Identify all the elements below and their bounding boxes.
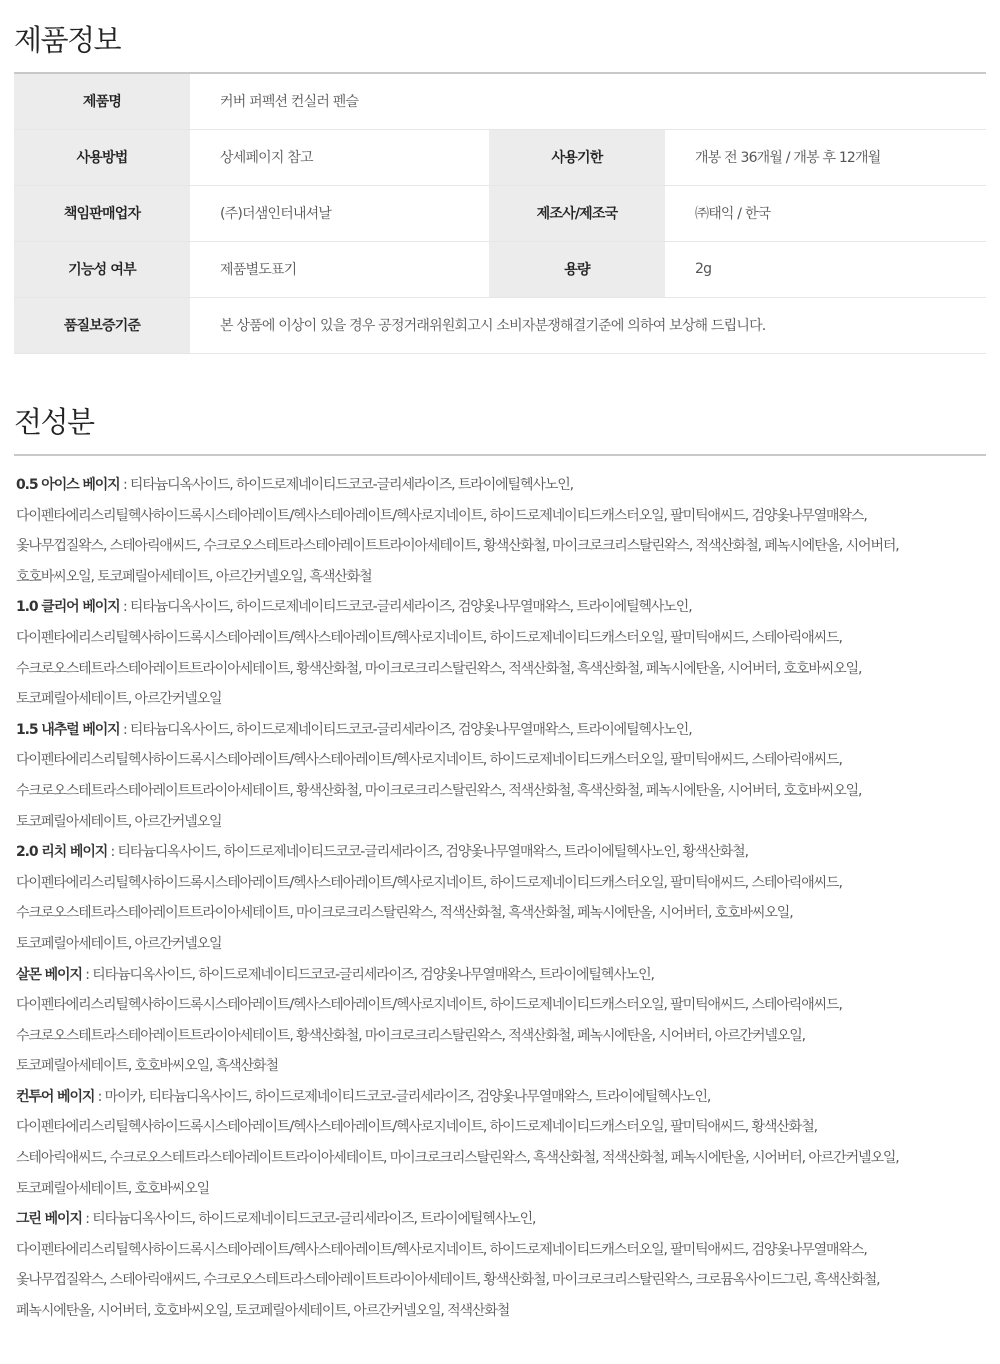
ingredient-line: 수크로오스테트라스테아레이트트라이아세테이트, 황색산화철, 마이크로크리스탈린… xyxy=(16,776,991,807)
info-label: 제품명 xyxy=(14,73,190,129)
ingredient-line: 다이펜타에리스리틸헥사하이드록시스테아레이트/헥사스테아레이트/헥사로지네이트,… xyxy=(16,623,991,654)
shade-name: 그린 베이지 xyxy=(16,1211,82,1227)
ingredient-line: 토코페릴아세테이트, 호호바씨오일 xyxy=(16,1174,991,1205)
ingredient-text: : 티타늄디옥사이드, 하이드로제네이티드코코-글리세라이즈, 검양옻나무열매왁… xyxy=(120,722,692,738)
info-row-seller: 책임판매업자 (주)더샘인터내셔날 제조사/제조국 ㈜태익 / 한국 xyxy=(14,185,986,241)
info-value: 커버 퍼펙션 컨실러 펜슬 xyxy=(190,73,986,129)
ingredient-text: : 티타늄디옥사이드, 하이드로제네이티드코코-글리세라이즈, 검양옻나무열매왁… xyxy=(82,967,654,983)
ingredient-line: 토코페릴아세테이트, 아르간커넬오일 xyxy=(16,684,991,715)
ingredient-line: 옻나무껍질왁스, 스테아릭애씨드, 수크로오스테트라스테아레이트트라이아세테이트… xyxy=(16,1265,991,1296)
ingredient-line: 토코페릴아세테이트, 아르간커넬오일 xyxy=(16,807,991,838)
info-label: 사용기한 xyxy=(489,129,665,185)
info-value: 본 상품에 이상이 있을 경우 공정거래위원회고시 소비자분쟁해결기준에 의하여… xyxy=(190,297,986,353)
info-label: 사용방법 xyxy=(14,129,190,185)
ingredient-line: 2.0 리치 베이지 : 티타늄디옥사이드, 하이드로제네이티드코코-글리세라이… xyxy=(16,837,991,868)
info-row-quality: 품질보증기준 본 상품에 이상이 있을 경우 공정거래위원회고시 소비자분쟁해결… xyxy=(14,297,986,353)
ingredient-line: 수크로오스테트라스테아레이트트라이아세테이트, 황색산화철, 마이크로크리스탈린… xyxy=(16,654,991,685)
ingredient-line: 다이펜타에리스리틸헥사하이드록시스테아레이트/헥사스테아레이트/헥사로지네이트,… xyxy=(16,501,991,532)
product-info-table: 제품명 커버 퍼펙션 컨실러 펜슬 사용방법 상세페이지 참고 사용기한 개봉 … xyxy=(14,72,986,354)
ingredient-text: : 티타늄디옥사이드, 하이드로제네이티드코코-글리세라이즈, 트라이에틸헥사노… xyxy=(120,477,573,493)
ingredient-text: : 티타늄디옥사이드, 하이드로제네이티드코코-글리세라이즈, 트라이에틸헥사노… xyxy=(82,1211,535,1227)
ingredient-line: 1.0 클리어 베이지 : 티타늄디옥사이드, 하이드로제네이티드코코-글리세라… xyxy=(16,592,991,623)
shade-name: 1.0 클리어 베이지 xyxy=(16,599,120,615)
ingredient-line: 다이펜타에리스리틸헥사하이드록시스테아레이트/헥사스테아레이트/헥사로지네이트,… xyxy=(16,990,991,1021)
shade-name: 2.0 리치 베이지 xyxy=(16,844,107,860)
info-value: 개봉 전 36개월 / 개봉 후 12개월 xyxy=(665,129,986,185)
ingredient-line: 살몬 베이지 : 티타늄디옥사이드, 하이드로제네이티드코코-글리세라이즈, 검… xyxy=(16,960,991,991)
shade-name: 0.5 아이스 베이지 xyxy=(16,477,120,493)
ingredient-line: 스테아릭애씨드, 수크로오스테트라스테아레이트트라이아세테이트, 마이크로크리스… xyxy=(16,1143,991,1174)
ingredients-list: 0.5 아이스 베이지 : 티타늄디옥사이드, 하이드로제네이티드코코-글리세라… xyxy=(16,470,991,1327)
ingredients-title: 전성분 xyxy=(14,400,94,441)
ingredient-text: : 티타늄디옥사이드, 하이드로제네이티드코코-글리세라이즈, 검양옻나무열매왁… xyxy=(107,844,748,860)
ingredient-line: 1.5 내추럴 베이지 : 티타늄디옥사이드, 하이드로제네이티드코코-글리세라… xyxy=(16,715,991,746)
info-value: 상세페이지 참고 xyxy=(190,129,489,185)
ingredient-line: 페녹시에탄올, 시어버터, 호호바씨오일, 토코페릴아세테이트, 아르간커넬오일… xyxy=(16,1296,991,1327)
ingredient-line: 수크로오스테트라스테아레이트트라이아세테이트, 마이크로크리스탈린왁스, 적색산… xyxy=(16,898,991,929)
ingredient-line: 옻나무껍질왁스, 스테아릭애씨드, 수크로오스테트라스테아레이트트라이아세테이트… xyxy=(16,531,991,562)
shade-name: 살몬 베이지 xyxy=(16,967,82,983)
shade-name: 1.5 내추럴 베이지 xyxy=(16,722,120,738)
info-label: 제조사/제조국 xyxy=(489,185,665,241)
info-value: 제품별도표기 xyxy=(190,241,489,297)
product-info-title: 제품정보 xyxy=(14,18,120,59)
ingredient-line: 컨투어 베이지 : 마이카, 티타늄디옥사이드, 하이드로제네이티드코코-글리세… xyxy=(16,1082,991,1113)
ingredient-line: 다이펜타에리스리틸헥사하이드록시스테아레이트/헥사스테아레이트/헥사로지네이트,… xyxy=(16,1235,991,1266)
info-label: 책임판매업자 xyxy=(14,185,190,241)
ingredient-text: : 티타늄디옥사이드, 하이드로제네이티드코코-글리세라이즈, 검양옻나무열매왁… xyxy=(120,599,692,615)
ingredient-line: 다이펜타에리스리틸헥사하이드록시스테아레이트/헥사스테아레이트/헥사로지네이트,… xyxy=(16,1112,991,1143)
info-row-functional: 기능성 여부 제품별도표기 용량 2g xyxy=(14,241,986,297)
ingredient-line: 호호바씨오일, 토코페릴아세테이트, 아르간커넬오일, 흑색산화철 xyxy=(16,562,991,593)
shade-name: 컨투어 베이지 xyxy=(16,1089,94,1105)
info-value: ㈜태익 / 한국 xyxy=(665,185,986,241)
info-label: 품질보증기준 xyxy=(14,297,190,353)
ingredient-line: 수크로오스테트라스테아레이트트라이아세테이트, 황색산화철, 마이크로크리스탈린… xyxy=(16,1021,991,1052)
ingredient-line: 다이펜타에리스리틸헥사하이드록시스테아레이트/헥사스테아레이트/헥사로지네이트,… xyxy=(16,868,991,899)
info-label: 용량 xyxy=(489,241,665,297)
ingredient-line: 토코페릴아세테이트, 호호바씨오일, 흑색산화철 xyxy=(16,1051,991,1082)
ingredient-text: : 마이카, 티타늄디옥사이드, 하이드로제네이티드코코-글리세라이즈, 검양옻… xyxy=(94,1089,710,1105)
info-row-usage: 사용방법 상세페이지 참고 사용기한 개봉 전 36개월 / 개봉 후 12개월 xyxy=(14,129,986,185)
ingredient-line: 그린 베이지 : 티타늄디옥사이드, 하이드로제네이티드코코-글리세라이즈, 트… xyxy=(16,1204,991,1235)
info-row-product-name: 제품명 커버 퍼펙션 컨실러 펜슬 xyxy=(14,73,986,129)
ingredient-line: 토코페릴아세테이트, 아르간커넬오일 xyxy=(16,929,991,960)
info-value: (주)더샘인터내셔날 xyxy=(190,185,489,241)
info-value: 2g xyxy=(665,241,986,297)
ingredient-line: 다이펜타에리스리틸헥사하이드록시스테아레이트/헥사스테아레이트/헥사로지네이트,… xyxy=(16,745,991,776)
ingredient-line: 0.5 아이스 베이지 : 티타늄디옥사이드, 하이드로제네이티드코코-글리세라… xyxy=(16,470,991,501)
info-label: 기능성 여부 xyxy=(14,241,190,297)
divider xyxy=(14,454,986,456)
